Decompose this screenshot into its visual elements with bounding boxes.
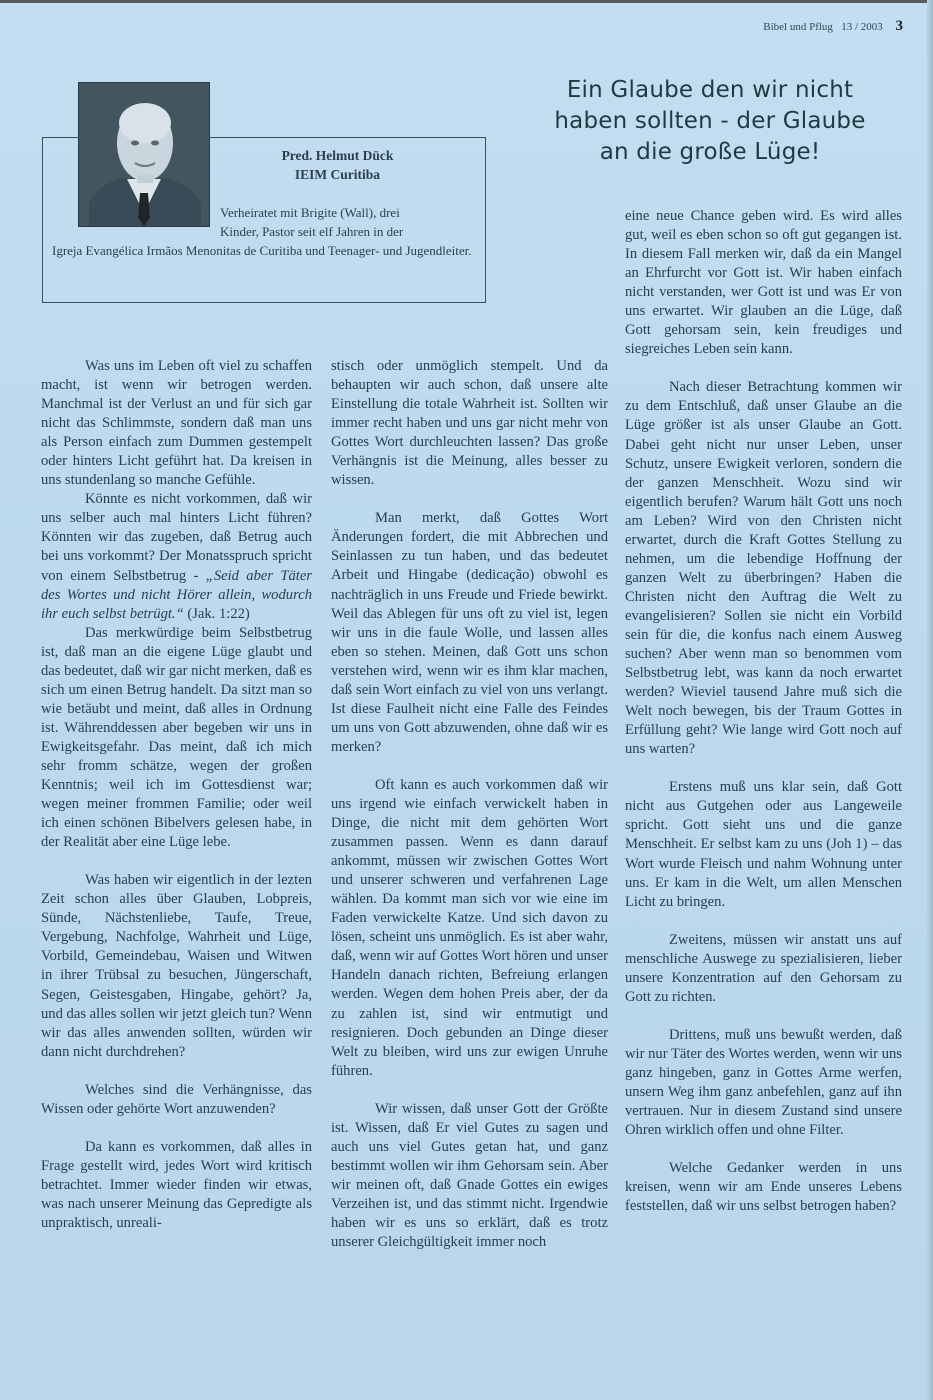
paragraph: Was uns im Leben oft viel zu schaffen ma… [41,357,312,490]
bio-rest: Igreja Evangélica Irmãos Menonitas de Cu… [52,243,472,258]
author-affiliation: IEIM Curitiba [225,165,450,184]
paragraph: Das merkwürdige beim Selbstbetrug ist, d… [41,624,312,853]
title-line: Ein Glaube den wir nicht [520,75,900,106]
running-header: Bibel und Pflug 13 / 2003 3 [763,18,903,35]
paragraph: Man merkt, daß Gottes Wort Änderungen fo… [331,509,608,757]
paragraph: Drittens, muß uns bewußt werden, daß wir… [625,1026,902,1140]
paragraph: Erstens muß uns klar sein, daß Gott nich… [625,778,902,911]
author-bio: Verheiratet mit Brigite (Wall), drei Kin… [52,203,482,260]
paragraph-continued: eine neue Chance geben wird. Es wird all… [625,207,902,359]
paragraph: Welche Gedanker werden in uns kreisen, w… [625,1159,902,1216]
issue-number: 13 / 2003 [841,21,883,33]
paragraph: Welches sind die Verhängnisse, das Wisse… [41,1081,312,1119]
paragraph: Könnte es nicht vorkommen, daß wir uns s… [41,490,312,623]
paragraph: Was haben wir eigentlich in der lezten Z… [41,871,312,1061]
title-line: haben sollten - der Glaube [520,106,900,137]
text-column-2: stisch oder unmöglich stempelt. Und da b… [331,357,608,1252]
page-number: 3 [896,18,904,34]
bible-reference: (Jak. 1:22) [184,606,250,622]
author-name-block: Pred. Helmut Dück IEIM Curitiba [225,146,450,184]
paragraph: Oft kann es auch vorkommen daß wir uns i… [331,776,608,1081]
text-column-3: eine neue Chance geben wird. Es wird all… [625,207,902,1216]
page-top-edge [0,0,933,3]
text-column-1: Was uns im Leben oft viel zu schaffen ma… [41,357,312,1233]
paragraph: Zweitens, müssen wir anstatt uns auf men… [625,931,902,1007]
bio-line: Kinder, Pastor seit elf Jahren in der [52,222,482,241]
author-name: Pred. Helmut Dück [225,146,450,165]
title-line: an die große Lüge! [520,137,900,168]
paragraph: Da kann es vorkommen, daß alles in Frage… [41,1138,312,1233]
paragraph: Nach dieser Betrachtung kommen wir zu de… [625,378,902,759]
page-right-edge [927,0,933,1400]
article-title: Ein Glaube den wir nicht haben sollten -… [520,75,900,168]
paragraph-continued: stisch oder unmöglich stempelt. Und da b… [331,357,608,490]
bio-line: Verheiratet mit Brigite (Wall), drei [52,203,482,222]
publication-name: Bibel und Pflug [763,21,833,33]
paragraph: Wir wissen, daß unser Gott der Größte is… [331,1100,608,1252]
